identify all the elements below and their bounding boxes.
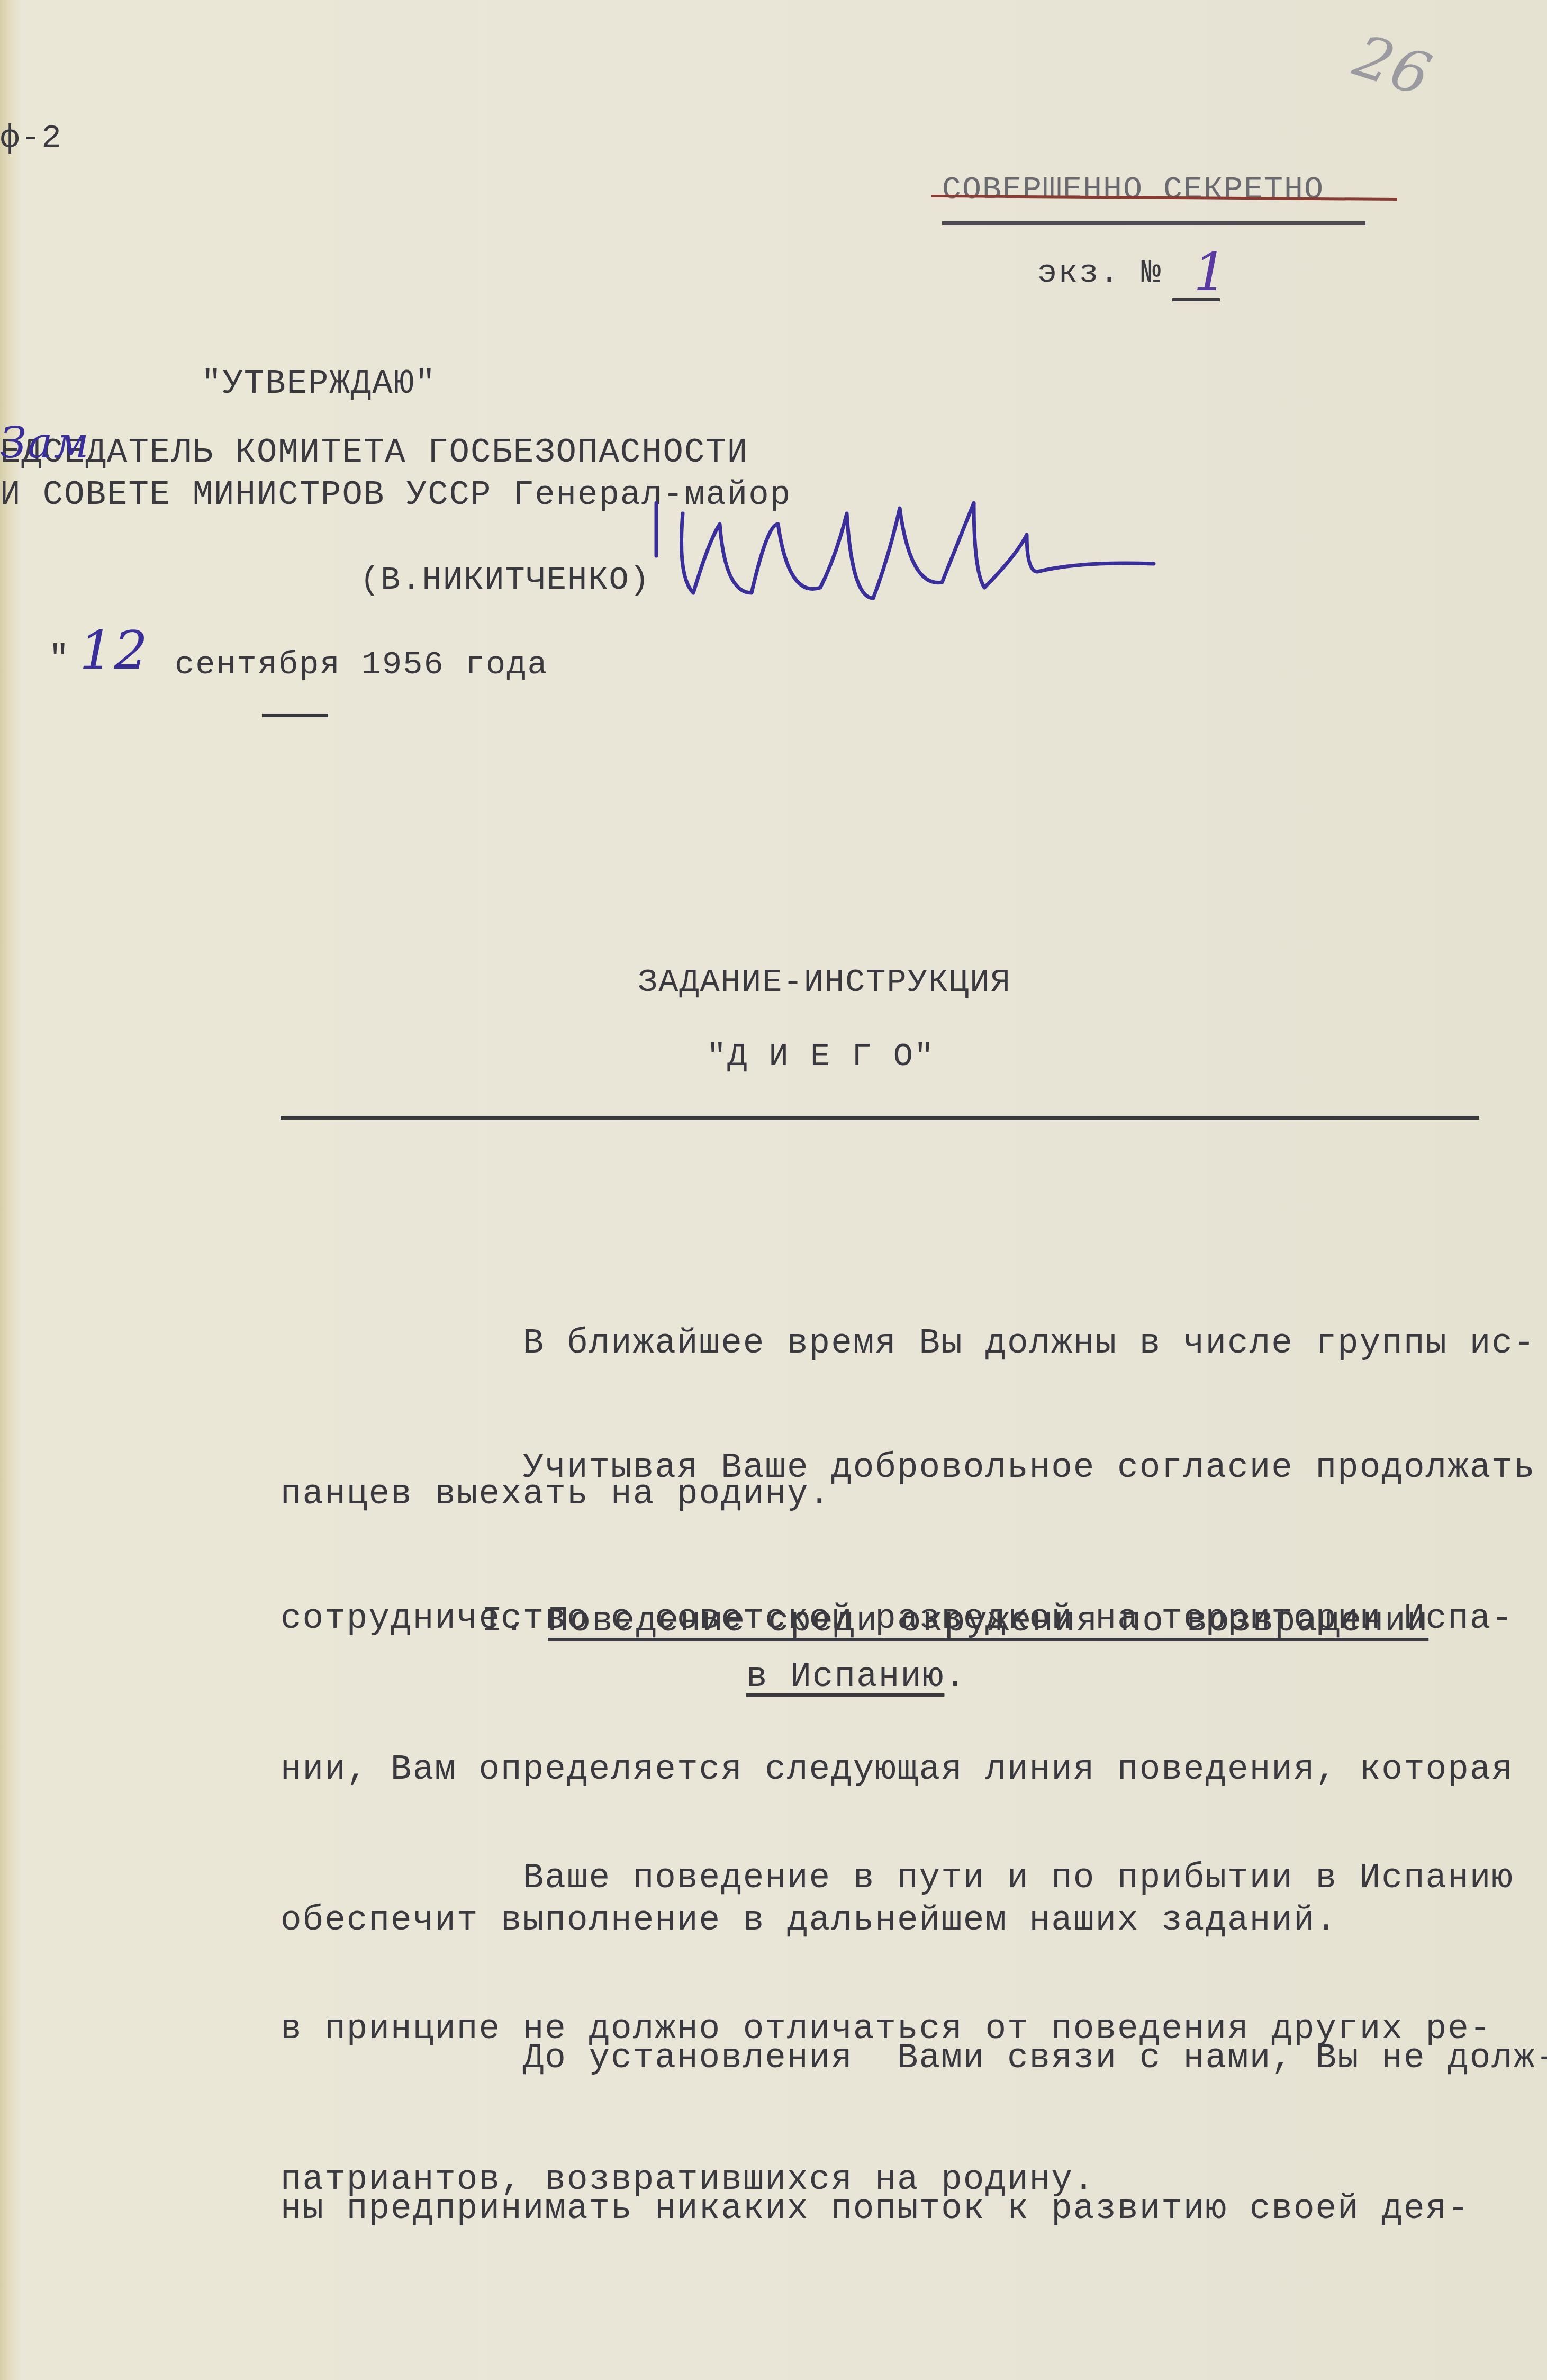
document-page: 26 ф-2 СОВЕРШЕННО СЕКРЕТНО экз. № 1 "УТВ…: [0, 0, 1547, 2380]
date-open-quote: ": [49, 641, 70, 679]
form-code: ф-2: [0, 119, 62, 157]
handwritten-date-day: 12: [79, 619, 149, 681]
date-text: сентября 1956 года: [175, 646, 548, 683]
handwritten-deputy-prefix: Зам: [0, 418, 90, 467]
section-heading-line1: Поведение среди окружения по возвращении: [548, 1601, 1428, 1641]
date-dash: [262, 714, 328, 717]
approval-heading: "УТВЕРЖДАЮ": [201, 365, 436, 403]
signature-icon: [646, 492, 1164, 609]
secrecy-underline: [942, 221, 1365, 225]
document-codename: "Д И Е Г О": [707, 1038, 935, 1075]
paragraph-line: До установления Вами связи с нами, Вы не…: [281, 2033, 1547, 2083]
section-number: I.: [482, 1601, 526, 1641]
approver-title-line1: ЕДСЕДАТЕЛЬ КОМИТЕТА ГОСБЕЗОПАСНОСТИ: [0, 434, 748, 472]
handwritten-page-number: 26: [1346, 22, 1440, 110]
approver-name: (В.НИКИТЧЕНКО): [360, 561, 650, 599]
section-heading-tail: .: [944, 1657, 966, 1697]
secrecy-stamp: СОВЕРШЕННО СЕКРЕТНО: [942, 172, 1324, 208]
paragraph-line: ны предпринимать никаких попыток к разви…: [281, 2184, 1547, 2234]
document-title: ЗАДАНИЕ-ИНСТРУКЦИЯ: [638, 963, 1011, 1001]
handwritten-copy-number: 1: [1193, 241, 1228, 303]
section-paragraph-2: До установления Вами связи с нами, Вы не…: [281, 1932, 1547, 2334]
paragraph-line: Ваше поведение в пути и по прибытии в Ис…: [281, 1853, 1514, 1903]
section-heading-line2: в Испанию.: [746, 1657, 966, 1697]
copy-number-underline: [1172, 298, 1220, 301]
copy-label: экз. №: [1037, 254, 1162, 292]
title-rule: [281, 1116, 1479, 1120]
paragraph-line: Учитывая Ваше добровольное согласие прод…: [281, 1443, 1536, 1493]
section-heading-underlined: в Испанию: [746, 1657, 944, 1697]
